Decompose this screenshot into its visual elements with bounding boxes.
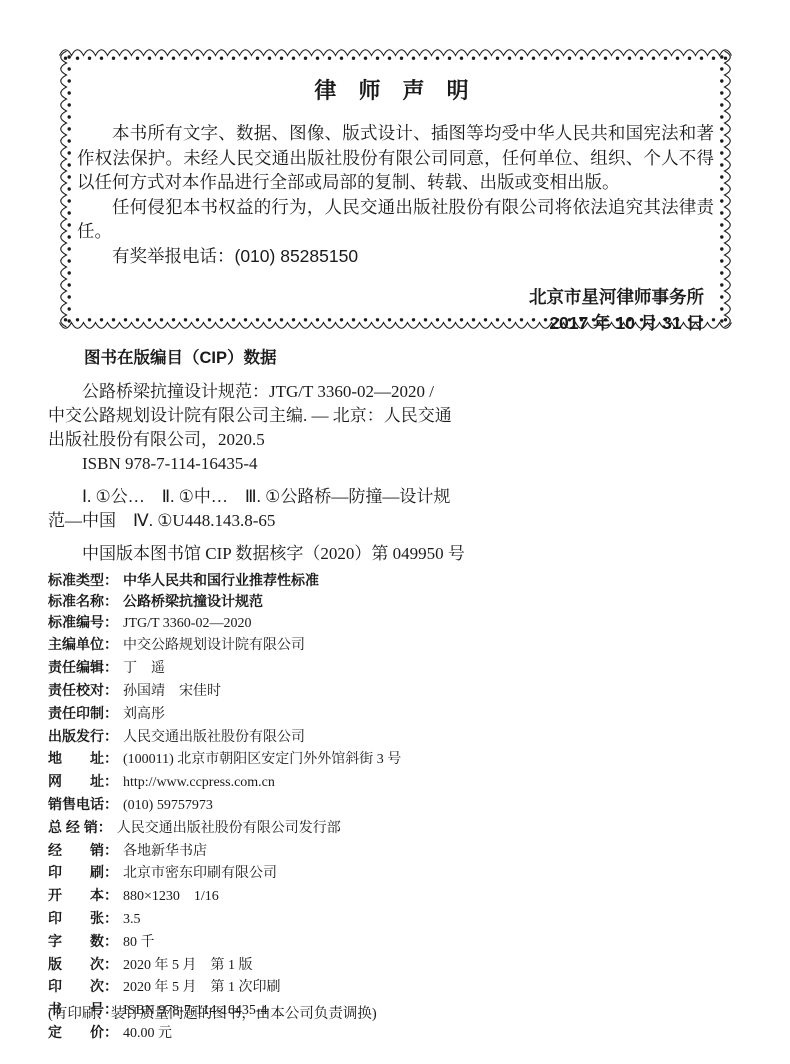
row-value: http://www.ccpress.com.cn [123, 773, 275, 794]
cip-line-classification-1: Ⅰ. ①公… Ⅱ. ①中… Ⅲ. ①公路桥—防撞—设计规 [48, 485, 742, 509]
cip-heading: 图书在版编目（CIP）数据 [84, 346, 742, 370]
row-label: 字 数： [48, 931, 118, 952]
row-edition: 版 次：2020 年 5 月 第 1 版 [48, 954, 748, 977]
row-format: 开 本：880×1230 1/16 [48, 885, 748, 908]
row-value: 2020 年 5 月 第 1 版 [123, 956, 253, 977]
row-label: 标准编号： [48, 612, 118, 633]
cip-line-editor: 中交公路规划设计院有限公司主编. — 北京：人民交通 [48, 404, 742, 428]
row-publisher: 出版发行：人民交通出版社股份有限公司 [48, 726, 748, 749]
row-value: 人民交通出版社股份有限公司 [123, 728, 305, 749]
row-value: 孙国靖 宋佳时 [123, 682, 221, 703]
row-value: JTG/T 3360-02—2020 [123, 614, 251, 635]
row-chief-editing-unit: 主编单位：中交公路规划设计院有限公司 [48, 634, 748, 657]
row-value: (010) 59757973 [123, 796, 213, 817]
row-value: 刘高彤 [123, 705, 165, 726]
quality-exchange-note: (有印刷、装订质量问题的图书，由本公司负责调换) [48, 1004, 377, 1024]
row-label: 印 次： [48, 976, 118, 997]
row-print-supervisor: 责任印制：刘高彤 [48, 703, 748, 726]
row-print-run: 印 次：2020 年 5 月 第 1 次印刷 [48, 976, 748, 999]
row-value: 80 千 [123, 933, 155, 954]
statement-date: 2017 年 10 月 31 日 [77, 310, 714, 336]
row-value: 2020 年 5 月 第 1 次印刷 [123, 978, 281, 999]
row-word-count: 字 数：80 千 [48, 931, 748, 954]
lawyer-statement-box: 律 师 声 明 本书所有文字、数据、图像、版式设计、插图等均受中华人民共和国宪法… [57, 46, 734, 332]
row-value: 各地新华书店 [123, 842, 207, 863]
row-standard-type: 标准类型：中华人民共和国行业推荐性标准 [48, 570, 748, 591]
row-label: 印 刷： [48, 862, 118, 883]
row-printer: 印 刷：北京市密东印刷有限公司 [48, 862, 748, 885]
cip-line-publisher: 出版社股份有限公司，2020.5 [48, 428, 742, 452]
statement-title: 律 师 声 明 [77, 74, 714, 105]
row-value: 公路桥梁抗撞设计规范 [123, 591, 263, 612]
row-label: 责任印制： [48, 703, 118, 724]
row-label: 定 价： [48, 1022, 118, 1043]
row-label: 网 址： [48, 771, 118, 792]
row-standard-number: 标准编号：JTG/T 3360-02—2020 [48, 612, 748, 635]
colophon-section: 标准类型：中华人民共和国行业推荐性标准 标准名称：公路桥梁抗撞设计规范 标准编号… [48, 570, 748, 1045]
row-price: 定 价：40.00 元 [48, 1022, 748, 1045]
statement-report-hotline: 有奖举报电话：(010) 85285150 [77, 244, 714, 269]
row-label: 出版发行： [48, 726, 118, 747]
row-value: 中交公路规划设计院有限公司 [123, 636, 305, 657]
row-value: 人民交通出版社股份有限公司发行部 [117, 819, 341, 840]
row-label: 标准类型： [48, 570, 118, 591]
row-value: 40.00 元 [123, 1024, 172, 1045]
cip-line-classification-2: 范—中国 Ⅳ. ①U448.143.8-65 [48, 509, 742, 533]
cip-line-title: 公路桥梁抗撞设计规范：JTG/T 3360-02—2020 / [48, 380, 742, 404]
row-value: (100011) 北京市朝阳区安定门外外馆斜街 3 号 [123, 750, 401, 771]
row-label: 总 经 销： [48, 817, 112, 838]
statement-paragraph-copyright: 本书所有文字、数据、图像、版式设计、插图等均受中华人民共和国宪法和著作权法保护。… [77, 121, 714, 195]
row-label: 销售电话： [48, 794, 118, 815]
row-label: 开 本： [48, 885, 118, 906]
row-responsible-editor: 责任编辑：丁 遥 [48, 657, 748, 680]
cip-line-verification-number: 中国版本图书馆 CIP 数据核字（2020）第 049950 号 [48, 542, 742, 566]
row-standard-name: 标准名称：公路桥梁抗撞设计规范 [48, 591, 748, 612]
cip-section: 图书在版编目（CIP）数据 公路桥梁抗撞设计规范：JTG/T 3360-02—2… [48, 344, 742, 566]
row-distributor: 经 销：各地新华书店 [48, 840, 748, 863]
row-label: 责任校对： [48, 680, 118, 701]
row-label: 标准名称： [48, 591, 118, 612]
law-firm-name: 北京市星河律师事务所 [77, 284, 714, 310]
row-label: 主编单位： [48, 634, 118, 655]
row-website: 网 址：http://www.ccpress.com.cn [48, 771, 748, 794]
row-printed-sheets: 印 张：3.5 [48, 908, 748, 931]
row-value: 3.5 [123, 910, 141, 931]
statement-paragraph-liability: 任何侵犯本书权益的行为，人民交通出版社股份有限公司将依法追究其法律责任。 [77, 195, 714, 244]
row-sales-phone: 销售电话：(010) 59757973 [48, 794, 748, 817]
row-label: 版 次： [48, 954, 118, 975]
row-value: 丁 遥 [123, 659, 165, 680]
row-label: 经 销： [48, 840, 118, 861]
statement-content: 律 师 声 明 本书所有文字、数据、图像、版式设计、插图等均受中华人民共和国宪法… [77, 60, 714, 336]
book-copyright-page: 律 师 声 明 本书所有文字、数据、图像、版式设计、插图等均受中华人民共和国宪法… [0, 0, 790, 1064]
row-label: 地 址： [48, 748, 118, 769]
row-value: 880×1230 1/16 [123, 887, 219, 908]
row-proofreaders: 责任校对：孙国靖 宋佳时 [48, 680, 748, 703]
row-value: 北京市密东印刷有限公司 [123, 864, 277, 885]
row-label: 责任编辑： [48, 657, 118, 678]
row-address: 地 址：(100011) 北京市朝阳区安定门外外馆斜街 3 号 [48, 748, 748, 771]
row-general-distributor: 总 经 销：人民交通出版社股份有限公司发行部 [48, 817, 748, 840]
cip-line-isbn: ISBN 978-7-114-16435-4 [48, 452, 742, 476]
row-value: 中华人民共和国行业推荐性标准 [123, 570, 319, 591]
row-label: 印 张： [48, 908, 118, 929]
